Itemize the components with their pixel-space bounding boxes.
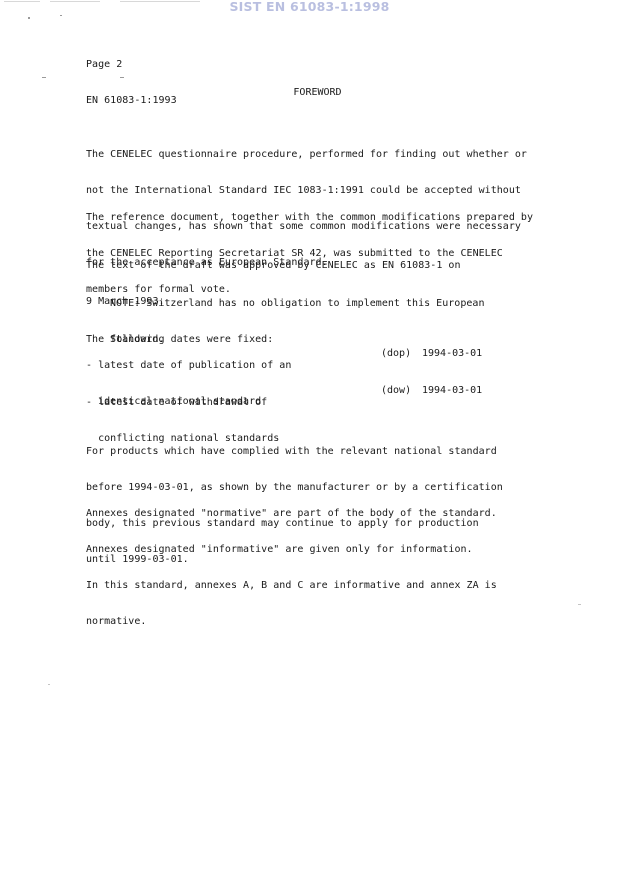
paragraph-annexes: Annexes designated "normative" are part …: [86, 484, 497, 640]
scan-speck: [28, 17, 30, 19]
text-line: Annexes designated "normative" are part …: [86, 508, 497, 520]
page-number: Page 2: [86, 59, 177, 71]
text-line: In this standard, annexes A, B and C are…: [86, 580, 497, 592]
text-line: The text of the draft was approved by CE…: [86, 260, 461, 272]
scan-speck: [578, 604, 581, 605]
text-line: The reference document, together with th…: [86, 212, 533, 224]
scan-speck: [60, 15, 62, 16]
date-value-dop: 1994-03-01: [422, 348, 482, 360]
scan-artifact-line: [120, 1, 200, 2]
text-line: - latest date of withdrawal of: [86, 397, 279, 409]
scan-artifact-line: [4, 1, 40, 2]
text-line: The CENELEC questionnaire procedure, per…: [86, 149, 527, 161]
text-line: - latest date of publication of an: [86, 360, 291, 372]
date-value-dow: 1994-03-01: [422, 385, 482, 397]
scan-speck: [48, 684, 50, 685]
date-code-dop: (dop): [381, 348, 411, 360]
text-line: Annexes designated "informative" are giv…: [86, 544, 497, 556]
scan-artifact-line: [50, 1, 100, 2]
date-code-dow: (dow): [381, 385, 411, 397]
page-header: Page 2 EN 61083-1:1993: [86, 35, 177, 119]
text-line: For products which have complied with th…: [86, 446, 503, 458]
section-title: FOREWORD: [0, 87, 619, 99]
text-line: NOTE: Switzerland has no obligation to i…: [110, 298, 485, 310]
text-line: normative.: [86, 616, 497, 628]
scan-speck: [42, 77, 46, 78]
watermark: SIST EN 61083-1:1998: [0, 0, 619, 14]
